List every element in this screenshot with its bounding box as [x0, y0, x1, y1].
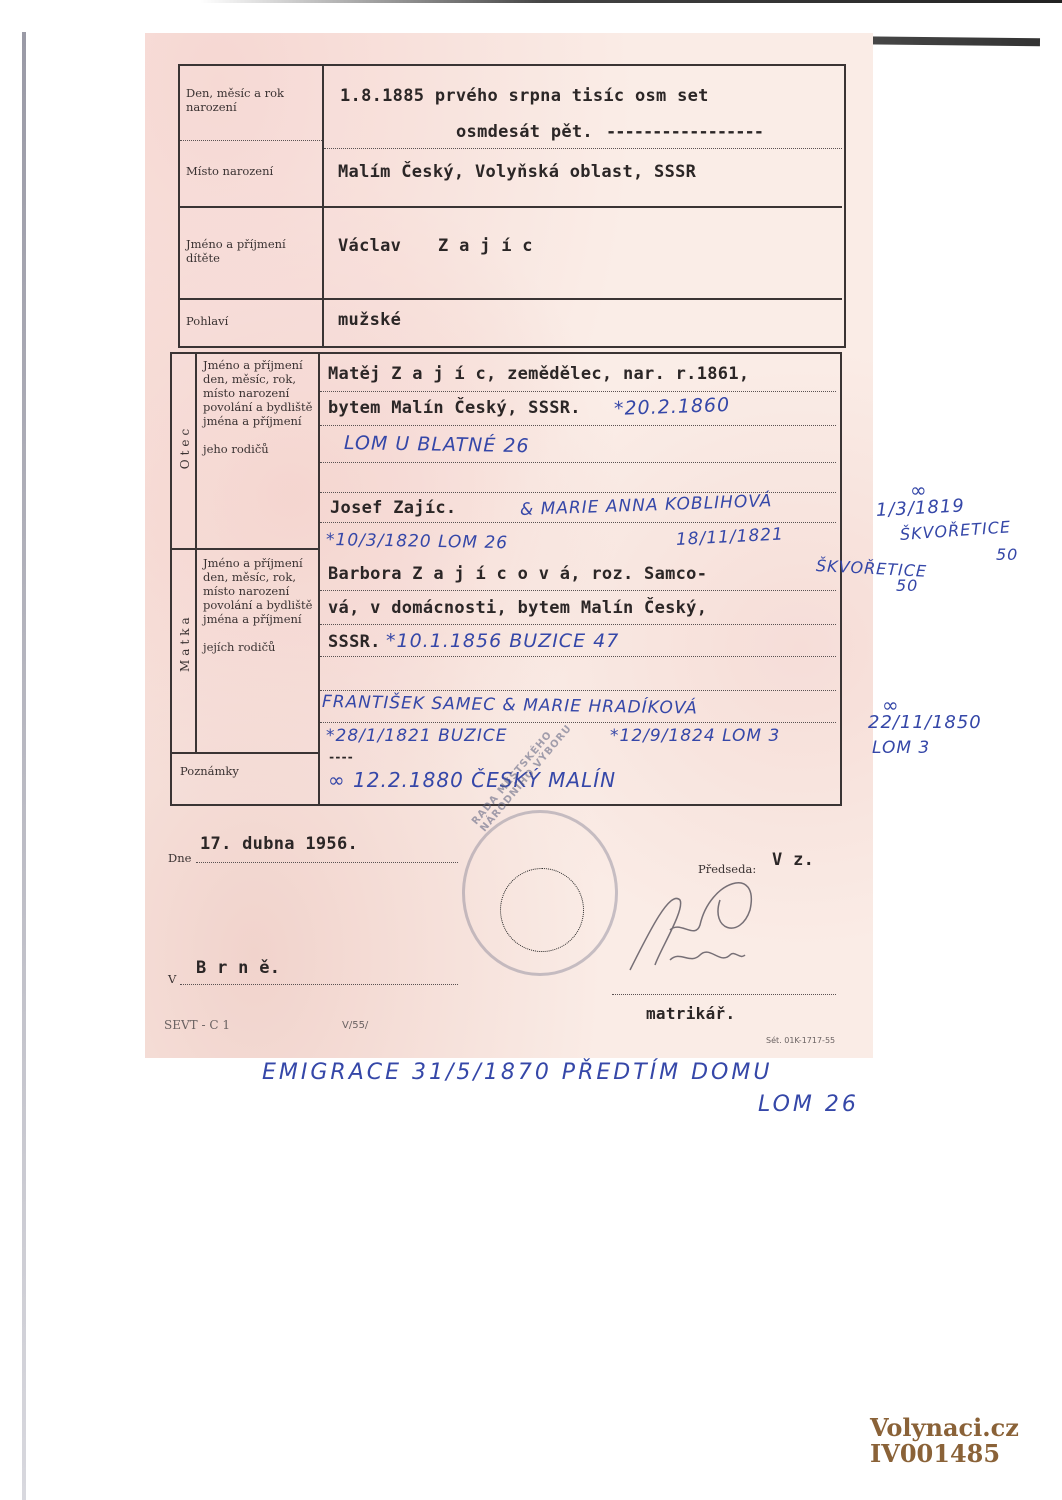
notes-label: Poznámky [180, 764, 239, 778]
parents-label: jeho rodičů [203, 442, 313, 456]
emigration-note-line2: LOM 26 [758, 1092, 859, 1117]
notes-typed-dashes: ---- [328, 750, 353, 764]
father-mother-divider [172, 548, 320, 550]
mother-birth-handwritten: *10.1.1856 BUZICE 47 [386, 630, 619, 652]
chair-value: V z. [772, 850, 814, 870]
emigration-note-line1: EMIGRACE 31/5/1870 PŘEDTÍM DOMU [262, 1060, 772, 1085]
father-labels: Jméno a příjmení den, měsíc, rok, místo … [203, 358, 313, 456]
issue-place: B r n ě. [196, 958, 280, 978]
watermark-site: Volynaci.cz [870, 1415, 1019, 1441]
father-typed-line1: Matěj Z a j í c, zemědělec, nar. r.1861, [328, 364, 749, 384]
birth-date-value-line1: 1.8.1885 prvého srpna tisíc osm set [340, 86, 709, 106]
father-side-label: Otec [178, 422, 192, 472]
watermark-id: IV001485 [870, 1441, 1019, 1467]
place-label: V [168, 972, 176, 986]
child-last-name: Z a j í c [438, 236, 533, 256]
place-line [180, 984, 458, 985]
writing-line [320, 590, 836, 591]
stamp-center-circle [500, 868, 584, 952]
mother-labels: Jméno a příjmení den, měsíc, rok, místo … [203, 556, 313, 654]
mother-typed-line2: vá, v domácnosti, bytem Malín Český, [328, 598, 707, 618]
date-line [196, 862, 458, 863]
birth-date-label: Den, měsíc a rok narození [186, 86, 316, 114]
writing-line [320, 522, 836, 523]
mother-typed-line3: SSSR. [328, 632, 381, 652]
writing-line [320, 624, 836, 625]
father-birth-handwritten: *20.2.1860 [614, 394, 731, 420]
scan-edge [22, 32, 26, 1500]
form-code: SEVT - C 1 [164, 1018, 230, 1032]
margin-num1: 50 [996, 545, 1018, 564]
column-divider [322, 64, 324, 346]
child-first-name: Václav [338, 236, 401, 256]
date-label: Dne [168, 851, 191, 865]
form-revision: V/55/ [342, 1020, 368, 1031]
margin-place: LOM 3 [872, 738, 930, 758]
registrar-label: matrikář. [646, 1004, 735, 1023]
writing-line [320, 656, 836, 657]
birth-place-label: Místo narození [186, 164, 273, 178]
father-father-birth-handwritten: *10/3/1820 LOM 26 [326, 530, 508, 553]
column-divider [318, 352, 320, 804]
mother-typed-line1: Barbora Z a j í c o v á, roz. Samco- [328, 564, 707, 584]
birth-date-value-line2: osmdesát pět. [456, 122, 593, 142]
print-code: Sét. 01K-1717-55 [766, 1036, 835, 1045]
name-label: Jméno a příjmení [203, 358, 313, 372]
parents-label: jejích rodičů [203, 640, 313, 654]
parents-names-label: jména a příjmení [203, 414, 313, 428]
signature-line [612, 994, 836, 995]
birth-label: den, měsíc, rok, místo narození [203, 570, 313, 598]
birth-date-dash-fill: ----------------- [606, 122, 763, 142]
birth-label: den, měsíc, rok, místo narození [203, 372, 313, 400]
writing-line [320, 462, 836, 463]
mother-parents-birth1: *28/1/1821 BUZICE [326, 726, 507, 746]
mother-side-label: Matka [178, 622, 192, 672]
birth-place-value: Malím Český, Volyňská oblast, SSSR [338, 162, 696, 182]
sex-value: mužské [338, 310, 401, 330]
margin-marriage-date: 1/3/1819 [875, 495, 965, 521]
row-divider [180, 206, 842, 208]
occupation-label: povolání a bydliště [203, 400, 313, 414]
mother-parents-birth2: *12/9/1824 LOM 3 [610, 726, 780, 746]
father-place-handwritten: LOM U BLATNÉ 26 [344, 432, 530, 457]
notes-divider [172, 752, 320, 754]
row-divider [180, 140, 322, 141]
watermark: Volynaci.cz IV001485 [870, 1415, 1019, 1467]
side-label-divider [195, 352, 197, 752]
parents-names-label: jména a příjmení [203, 612, 313, 626]
row-divider [324, 148, 842, 149]
name-label: Jméno a příjmení [203, 556, 313, 570]
margin-marriage-date: 22/11/1850 [868, 712, 982, 733]
father-typed-line2: bytem Malín Český, SSSR. [328, 398, 581, 418]
scan-artifact-line [200, 0, 1062, 3]
row-divider [180, 298, 842, 300]
father-parents-typed: Josef Zajíc. [330, 498, 456, 518]
margin-place1: ŠKVOŘETICE [899, 517, 1011, 544]
child-name-label: Jméno a příjmení dítěte [186, 237, 306, 265]
writing-line [320, 391, 836, 392]
occupation-label: povolání a bydliště [203, 598, 313, 612]
signature [610, 870, 780, 980]
issue-date: 17. dubna 1956. [200, 834, 358, 854]
margin-num2: 50 [896, 576, 918, 595]
writing-line [320, 425, 836, 426]
sex-label: Pohlaví [186, 314, 228, 328]
notes-handwritten: ∞ 12.2.1880 ČESKÝ MALÍN [328, 768, 616, 792]
